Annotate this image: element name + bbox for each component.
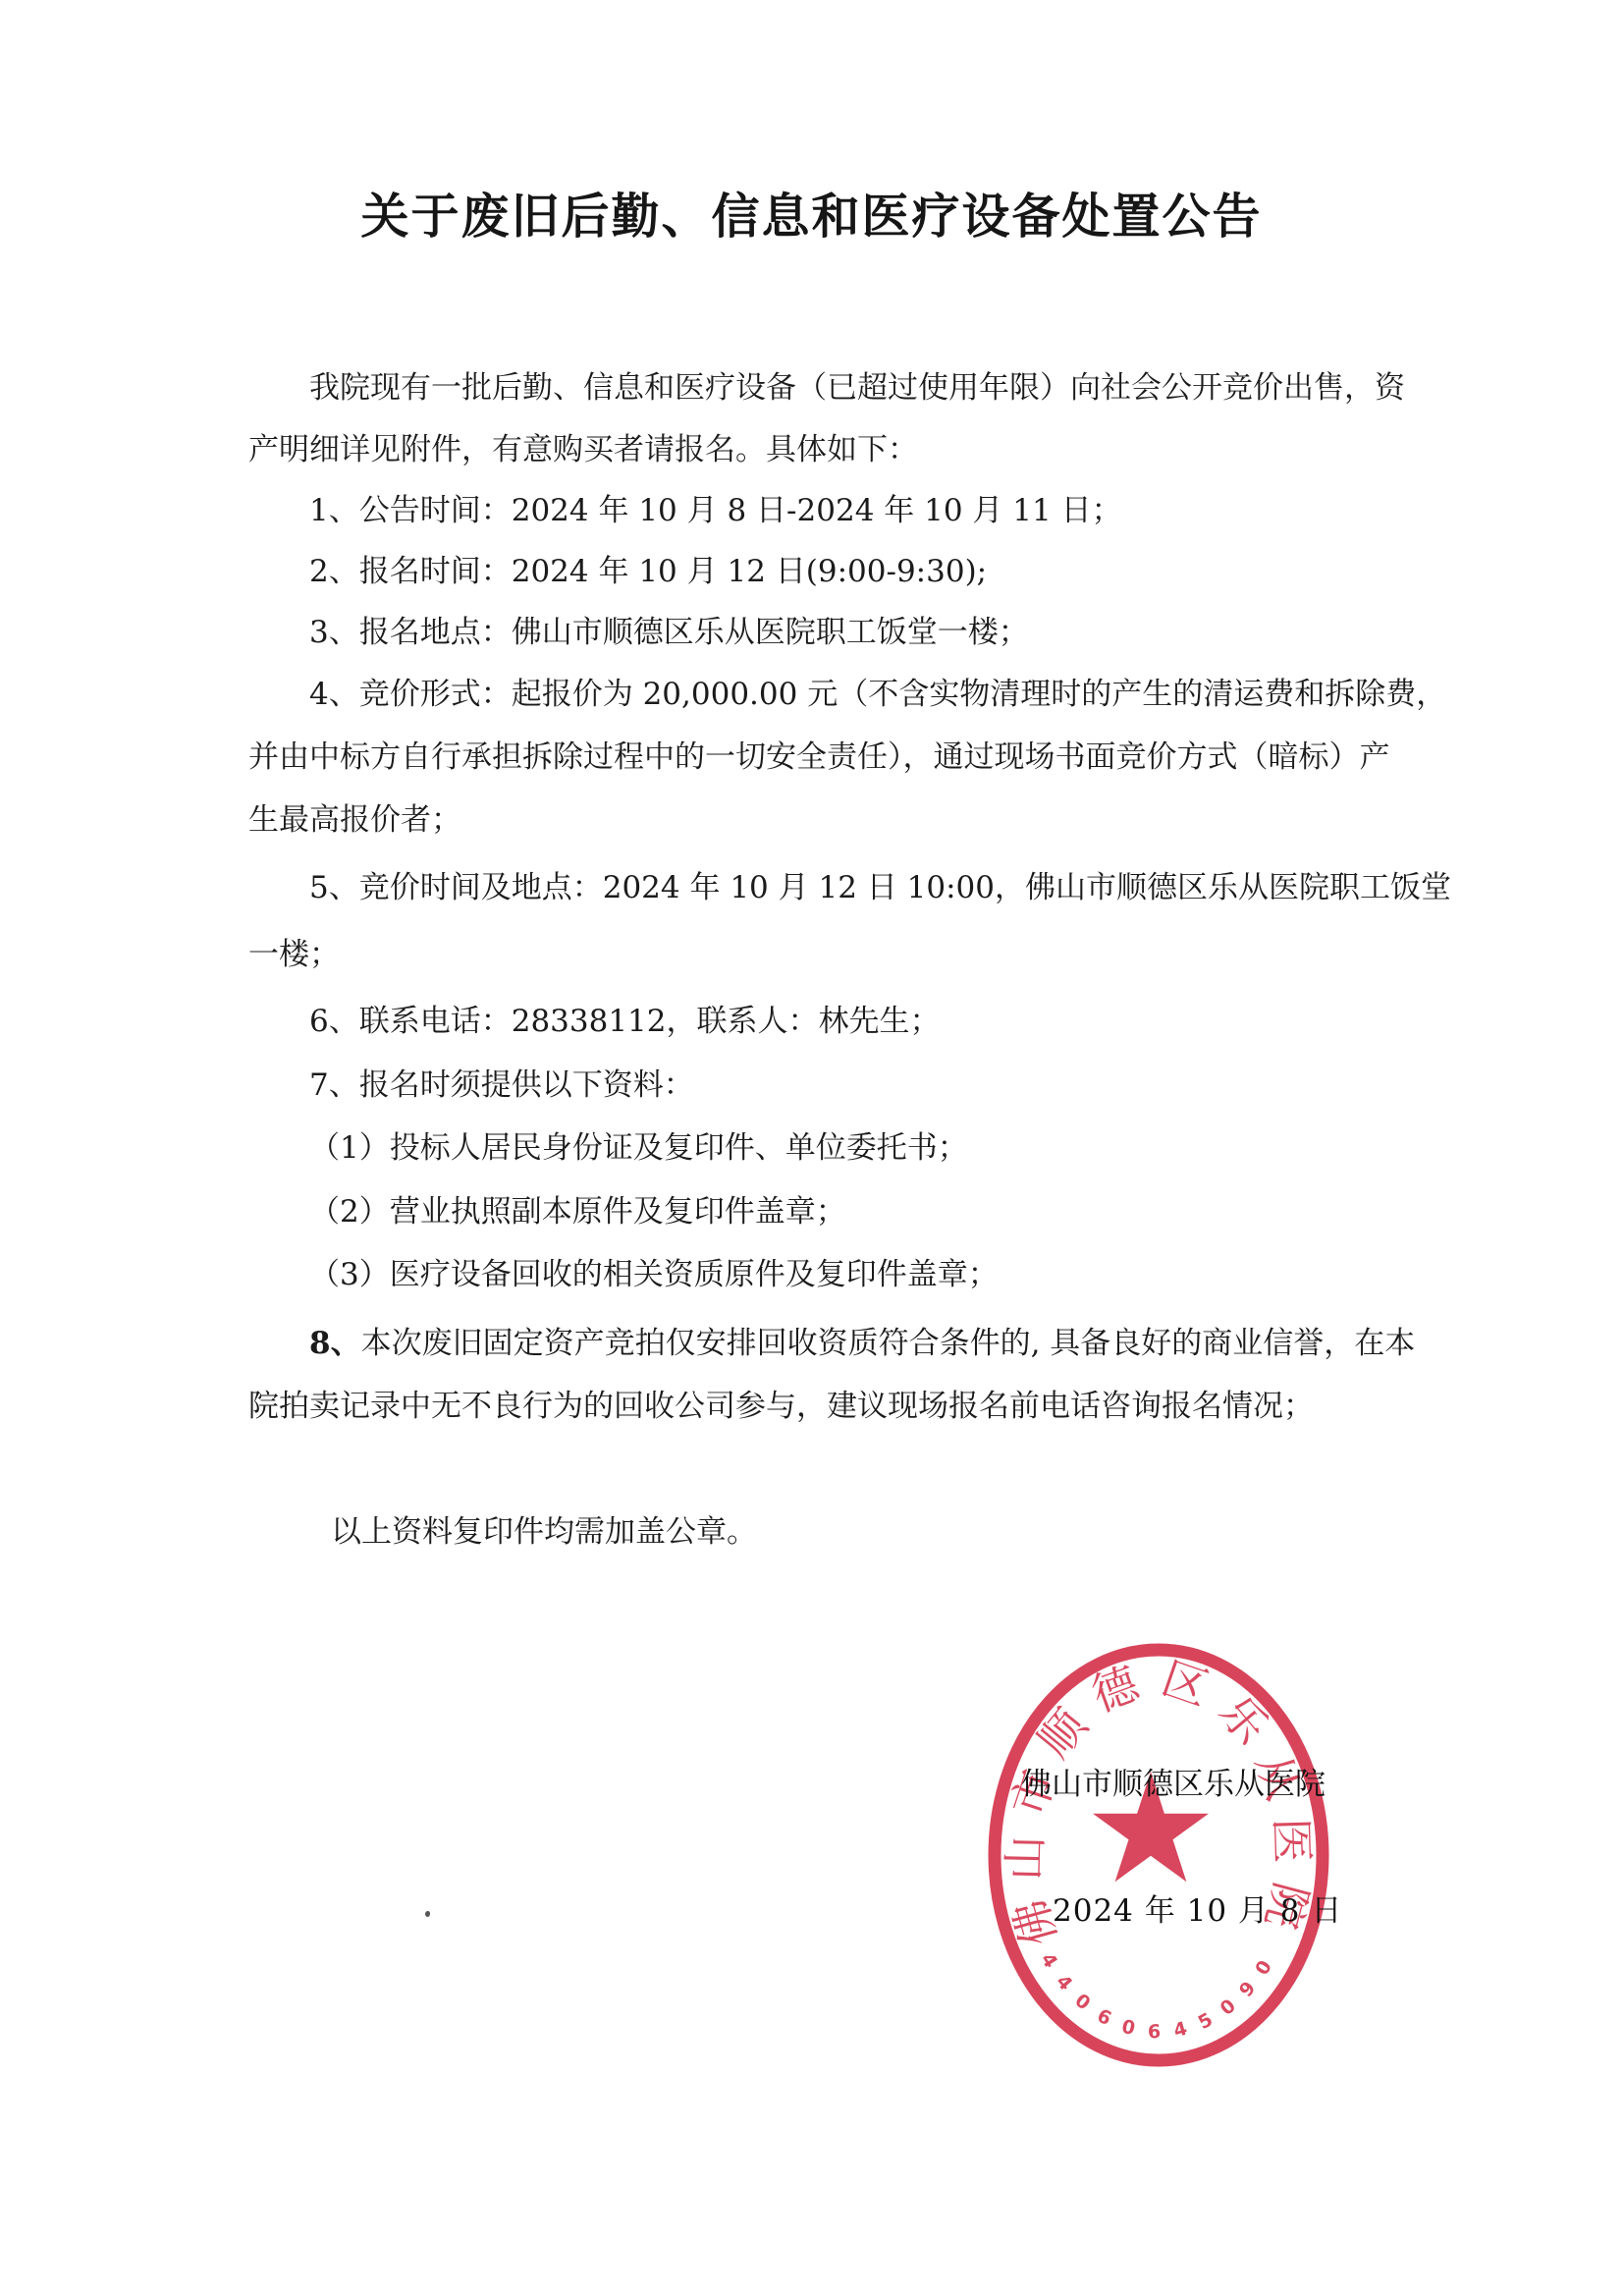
doc-line-item-4: 4、竞价形式：起报价为 20,000.00 元（不含实物清理时的产生的清运费和拆… bbox=[248, 675, 1488, 714]
doc-line-item-3: 3、报名地点：佛山市顺德区乐从医院职工饭堂一楼； bbox=[248, 613, 1488, 652]
doc-line-sub-1: （1）投标人居民身份证及复印件、单位委托书； bbox=[248, 1128, 1488, 1168]
doc-line: 我院现有一批后勤、信息和医疗设备（已超过使用年限）向社会公开竞价出售，资 bbox=[248, 368, 1488, 408]
doc-line-sub-3: （3）医疗设备回收的相关资质原件及复印件盖章； bbox=[248, 1255, 1488, 1294]
signature-date: 2024 年 10 月 8 日 bbox=[1053, 1886, 1342, 1930]
doc-line: 并由中标方自行承担拆除过程中的一切安全责任），通过现场书面竞价方式（暗标）产 bbox=[248, 738, 1427, 777]
doc-closing-line: 以上资料复印件均需加盖公章。 bbox=[248, 1512, 1509, 1552]
doc-line-sub-2: （2）营业执照副本原件及复印件盖章； bbox=[248, 1192, 1488, 1231]
doc-line-item-2: 2、报名时间：2024 年 10 月 12 日(9:00-9:30); bbox=[248, 552, 1488, 591]
item-8-number: 8、 bbox=[309, 1326, 361, 1361]
doc-line: 一楼； bbox=[248, 935, 1427, 974]
doc-line: 院拍卖记录中无不良行为的回收公司参与，建议现场报名前电话咨询报名情况； bbox=[248, 1387, 1427, 1426]
item-8-text: 本次废旧固定资产竞拍仅安排回收资质符合条件的, 具备良好的商业信誉，在本 bbox=[361, 1326, 1416, 1361]
doc-line-item-7: 7、报名时须提供以下资料： bbox=[248, 1066, 1488, 1105]
doc-line: 生最高报价者； bbox=[248, 800, 1427, 840]
signature-hospital-name: 佛山市顺德区乐从医院 bbox=[1021, 1759, 1325, 1803]
doc-line-item-6: 6、联系电话：28338112，联系人：林先生； bbox=[248, 1002, 1488, 1041]
ink-speck bbox=[425, 1911, 430, 1917]
official-seal: 佛山市顺德区乐从医院 440606450903 bbox=[967, 1628, 1350, 2085]
doc-line: 产明细详见附件，有意购买者请报名。具体如下： bbox=[248, 430, 1427, 469]
doc-line-item-5: 5、竞价时间及地点：2024 年 10 月 12 日 10:00，佛山市顺德区乐… bbox=[248, 868, 1488, 907]
doc-line-item-8: 8、本次废旧固定资产竞拍仅安排回收资质符合条件的, 具备良好的商业信誉，在本 bbox=[248, 1324, 1488, 1363]
page-title: 关于废旧后勤、信息和医疗设备处置公告 bbox=[0, 179, 1623, 247]
doc-line-item-1: 1、公告时间：2024 年 10 月 8 日-2024 年 10 月 11 日； bbox=[248, 491, 1488, 530]
document-page: 关于废旧后勤、信息和医疗设备处置公告 我院现有一批后勤、信息和医疗设备（已超过使… bbox=[0, 0, 1623, 2296]
